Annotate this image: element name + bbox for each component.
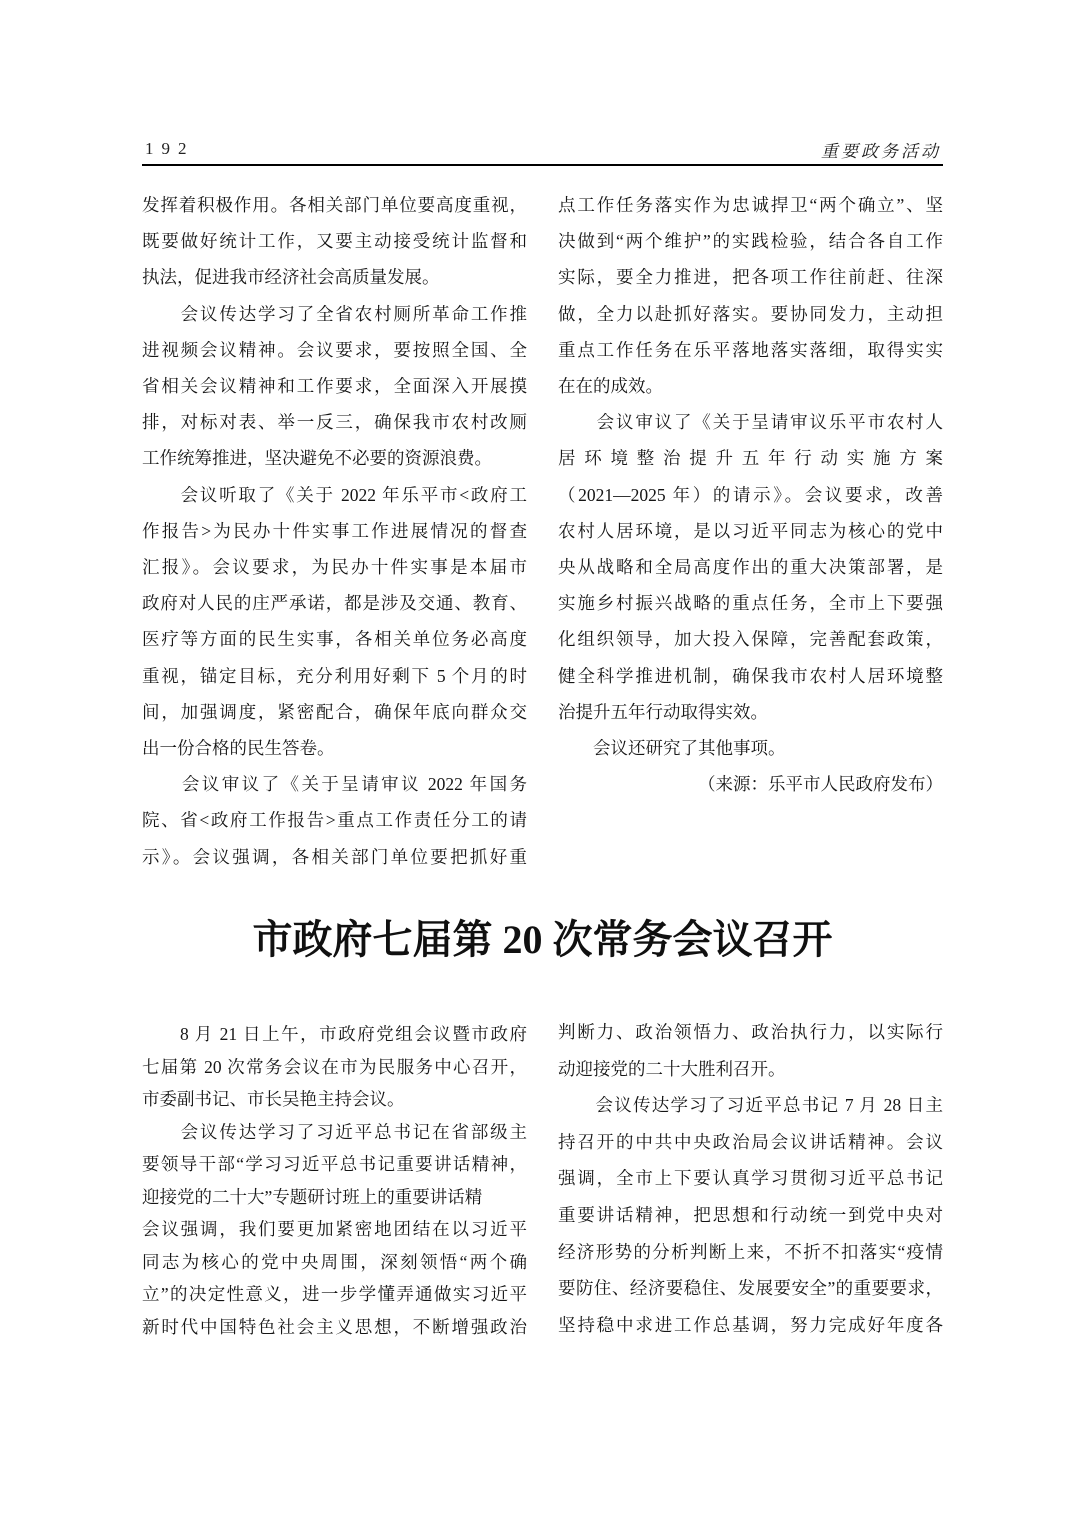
text-line: 示》。会议强调，各相关部门单位要把抓好重 bbox=[142, 839, 527, 875]
text-line: 实施乡村振兴战略的重点任务，全市上下要强 bbox=[558, 585, 943, 621]
text-line: 会议还研究了其他事项。 bbox=[558, 730, 943, 766]
text-line: 会议传达学习了习近平总书记 7 月 28 日主 bbox=[558, 1087, 943, 1124]
text-line: 农村人居环境，是以习近平同志为核心的党中 bbox=[558, 513, 943, 549]
text-line: 医疗等方面的民生实事，各相关单位务必高度 bbox=[142, 621, 527, 657]
text-line: 坚持稳中求进工作总基调，努力完成好年度各 bbox=[558, 1307, 943, 1344]
text-line: 会议审议了《关于呈请审议乐平市农村人 bbox=[558, 404, 943, 440]
text-line: 央从战略和全局高度作出的重大决策部署，是 bbox=[558, 549, 943, 585]
text-line: 作报告>为民办十件实事工作进展情况的督查 bbox=[142, 513, 527, 549]
text-line: 持召开的中共中央政治局会议讲话精神。会议 bbox=[558, 1124, 943, 1161]
article1-left-column: 发挥着积极作用。各相关部门单位要高度重视，既要做好统计工作，又要主动接受统计监督… bbox=[142, 187, 527, 875]
text-line: 既要做好统计工作，又要主动接受统计监督和 bbox=[142, 223, 527, 259]
header-divider bbox=[142, 164, 943, 166]
text-line: 重视，锚定目标，充分利用好剩下 5 个月的时 bbox=[142, 658, 527, 694]
text-line: 治提升五年行动取得实效。 bbox=[558, 694, 943, 730]
text-line: 要领导干部“学习习近平总书记重要讲话精神， bbox=[142, 1148, 527, 1181]
text-line: 重要讲话精神，把思想和行动统一到党中央对 bbox=[558, 1197, 943, 1234]
text-line: 判断力、政治领悟力、政治执行力，以实际行 bbox=[558, 1014, 943, 1051]
text-line: 居环境整治提升五年行动实施方案 bbox=[558, 440, 943, 476]
text-line: 点工作任务落实作为忠诚捍卫“两个确立”、坚 bbox=[558, 187, 943, 223]
text-line: 立”的决定性意义，进一步学懂弄通做实习近平 bbox=[142, 1278, 527, 1311]
text-line: 出一份合格的民生答卷。 bbox=[142, 730, 527, 766]
text-line: 政府对人民的庄严承诺，都是涉及交通、教育、 bbox=[142, 585, 527, 621]
page-number: 192 bbox=[145, 139, 195, 159]
article2-left-column: 8 月 21 日上午，市政府党组会议暨市政府七届第 20 次常务会议在市为民服务… bbox=[142, 1018, 527, 1343]
text-line: 执法，促进我市经济社会高质量发展。 bbox=[142, 259, 527, 295]
text-line: 经济形势的分析判断上来，不折不扣落实“疫情 bbox=[558, 1234, 943, 1271]
text-line: 新时代中国特色社会主义思想，不断增强政治 bbox=[142, 1311, 527, 1344]
text-line: 市委副书记、市长吴艳主持会议。 bbox=[142, 1083, 527, 1116]
text-line: 会议听取了《关于 2022 年乐平市<政府工 bbox=[142, 477, 527, 513]
article1-right-column: 点工作任务落实作为忠诚捍卫“两个确立”、坚决做到“两个维护”的实践检验，结合各自… bbox=[558, 187, 943, 802]
text-line: 健全科学推进机制，确保我市农村人居环境整 bbox=[558, 658, 943, 694]
text-line: 省相关会议精神和工作要求，全面深入开展摸 bbox=[142, 368, 527, 404]
text-line: 实际，要全力推进，把各项工作往前赶、往深 bbox=[558, 259, 943, 295]
text-line: 要防住、经济要稳住、发展要安全”的重要要求， bbox=[558, 1270, 943, 1307]
text-line: （2021—2025 年）的请示》。会议要求，改善 bbox=[558, 477, 943, 513]
text-line: 排，对标对表、举一反三，确保我市农村改厕 bbox=[142, 404, 527, 440]
text-line: 会议传达学习了全省农村厕所革命工作推 bbox=[142, 296, 527, 332]
text-line: 发挥着积极作用。各相关部门单位要高度重视， bbox=[142, 187, 527, 223]
text-line: 会议审议了《关于呈请审议 2022 年国务 bbox=[142, 766, 527, 802]
article2-right-column: 判断力、政治领悟力、政治执行力，以实际行动迎接党的二十大胜利召开。 会议传达学习… bbox=[558, 1014, 943, 1343]
text-line: 同志为核心的党中央周围，深刻领悟“两个确 bbox=[142, 1246, 527, 1279]
text-line: 间，加强调度，紧密配合，确保年底向群众交 bbox=[142, 694, 527, 730]
text-line: 重点工作任务在乐平落地落实落细，取得实实 bbox=[558, 332, 943, 368]
text-line: （来源：乐平市人民政府发布） bbox=[558, 766, 943, 802]
text-line: 化组织领导，加大投入保障，完善配套政策， bbox=[558, 621, 943, 657]
text-line: 迎接党的二十大”专题研讨班上的重要讲话精 bbox=[142, 1181, 527, 1214]
text-line: 会议传达学习了习近平总书记在省部级主 bbox=[142, 1116, 527, 1149]
text-line: 工作统筹推进，坚决避免不必要的资源浪费。 bbox=[142, 440, 527, 476]
text-line: 会议强调，我们要更加紧密地团结在以习近平 bbox=[142, 1213, 527, 1246]
text-line: 8 月 21 日上午，市政府党组会议暨市政府 bbox=[142, 1018, 527, 1051]
text-line: 强调，全市上下要认真学习贯彻习近平总书记 bbox=[558, 1160, 943, 1197]
document-page: 192 重要政务活动 发挥着积极作用。各相关部门单位要高度重视，既要做好统计工作… bbox=[0, 0, 1074, 1520]
text-line: 决做到“两个维护”的实践检验，结合各自工作 bbox=[558, 223, 943, 259]
text-line: 在在的成效。 bbox=[558, 368, 943, 404]
section-header: 重要政务活动 bbox=[821, 137, 941, 162]
text-line: 院、省<政府工作报告>重点工作责任分工的请 bbox=[142, 802, 527, 838]
text-line: 动迎接党的二十大胜利召开。 bbox=[558, 1051, 943, 1088]
text-line: 汇报》。会议要求，为民办十件实事是本届市 bbox=[142, 549, 527, 585]
text-line: 七届第 20 次常务会议在市为民服务中心召开， bbox=[142, 1051, 527, 1084]
text-line: 进视频会议精神。会议要求，要按照全国、全 bbox=[142, 332, 527, 368]
article-title: 市政府七届第 20 次常务会议召开 bbox=[142, 917, 943, 963]
text-line: 做，全力以赴抓好落实。要协同发力，主动担 bbox=[558, 296, 943, 332]
